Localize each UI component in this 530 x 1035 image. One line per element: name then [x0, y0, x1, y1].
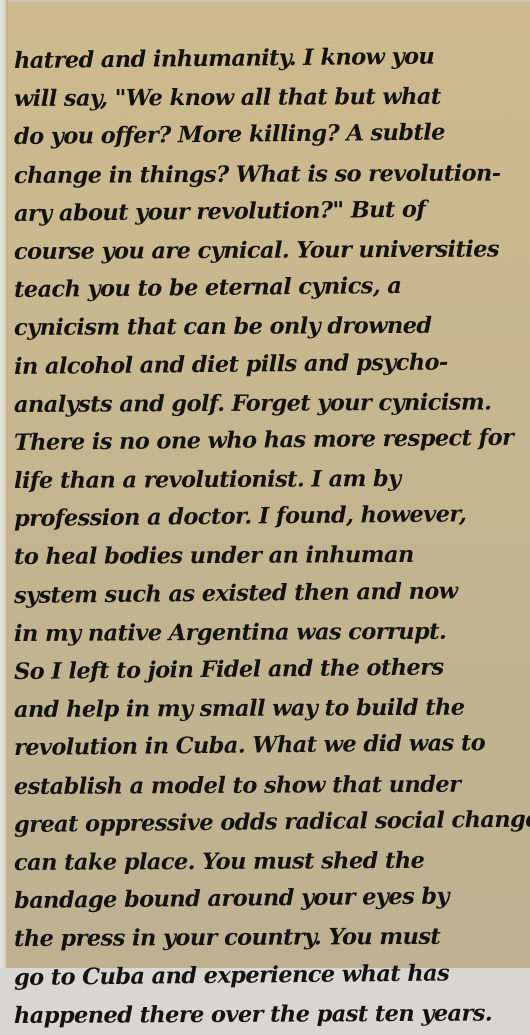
- text-line: bandage bound around your eyes by: [14, 877, 524, 921]
- letter-page: hatred and inhumanity. I know you will s…: [0, 0, 530, 968]
- text-line: change in things? What is so revolution-: [14, 154, 524, 195]
- text-line: course you are cynical. Your universitie…: [14, 230, 524, 271]
- text-line: in my native Argentina was corrupt.: [14, 612, 524, 653]
- text-line: system such as existed then and now: [14, 571, 524, 615]
- text-line: cynicism that can be only drowned: [14, 307, 524, 348]
- page-left-edge: [0, 0, 8, 968]
- text-line: analysts and golf. Forget your cynicism.: [14, 383, 524, 424]
- text-line: can take place. You must shed the: [14, 841, 524, 882]
- handwritten-text: hatred and inhumanity. I know you will s…: [14, 42, 524, 968]
- text-line: revolution in Cuba. What we did was to: [14, 724, 524, 768]
- text-line: the press in your country. You must: [14, 918, 524, 959]
- text-line: and help in my small way to build the: [14, 689, 524, 730]
- text-line: establish a model to show that under: [14, 765, 524, 806]
- text-line: hatred and inhumanity. I know you: [14, 37, 524, 81]
- text-line: do you offer? More killing? A subtle: [14, 113, 524, 157]
- text-line: life than a revolutionist. I am by: [14, 459, 524, 500]
- text-line: profession a doctor. I found, however,: [14, 495, 524, 539]
- text-line: will say, "We know all that but what: [14, 78, 524, 119]
- text-line: to heal bodies under an inhuman: [14, 536, 524, 577]
- text-line: ary about your revolution?" But of: [14, 189, 524, 233]
- text-line: in alcohol and diet pills and psycho-: [14, 342, 524, 386]
- text-line: There is no one who has more respect for: [14, 419, 524, 463]
- text-line: So I left to join Fidel and the others: [14, 648, 524, 692]
- text-line: teach you to be eternal cynics, a: [14, 266, 524, 310]
- text-line: great oppressive odds radical social cha…: [14, 800, 524, 844]
- page-top-edge: [0, 0, 530, 4]
